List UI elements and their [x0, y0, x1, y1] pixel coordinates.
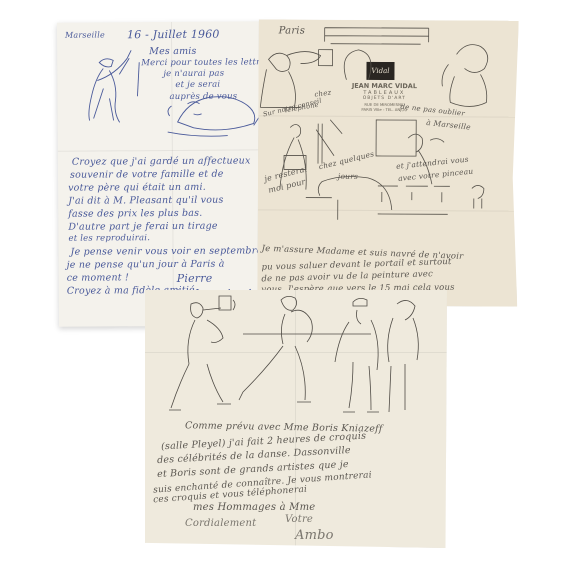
- letter-line: Je pense venir vous voir en septembre: [71, 245, 263, 257]
- caption: jours: [338, 172, 358, 181]
- sketch-painter-and-sleeper-icon: [57, 21, 286, 143]
- letter-line: souvenir de votre famille et de: [70, 169, 224, 181]
- letter-left-sheet: Marseille 16 - Juillet 1960 Mes amis Mer…: [57, 21, 287, 327]
- closing-line: mes Hommages à Mme: [193, 502, 315, 513]
- letter-line: J'ai dit à M. Pleasant qu'il vous: [68, 195, 223, 207]
- valediction-votre: Votre: [285, 514, 313, 525]
- letter-line: votre père qui était un ami.: [68, 182, 206, 194]
- letter-line: fasse des prix les plus bas.: [68, 208, 202, 220]
- letter-line: Croyez que j'ai gardé un affectueux: [72, 155, 251, 167]
- letter-line: ce moment !: [67, 272, 129, 283]
- letter-right-sheet: Paris Vidal JEAN MARC VIDAL TABLEAUX OBJ…: [257, 19, 518, 306]
- letter-line: je ne pense qu'un jour à Paris à: [67, 259, 225, 271]
- valediction: Cordialement: [185, 518, 256, 529]
- sketch-caricatures-icon: [258, 19, 519, 220]
- sketch-dancers-and-photographer-icon: [145, 290, 447, 420]
- signature: Ambo: [295, 528, 334, 543]
- letter-line: D'autre part je ferai un tirage: [68, 221, 217, 233]
- letter-bottom-sheet: Comme prévu avec Mme Boris Kniazeff (sal…: [145, 290, 447, 548]
- letter-line: et les reproduirai.: [68, 233, 150, 244]
- signature-first-name: Pierre: [177, 272, 213, 285]
